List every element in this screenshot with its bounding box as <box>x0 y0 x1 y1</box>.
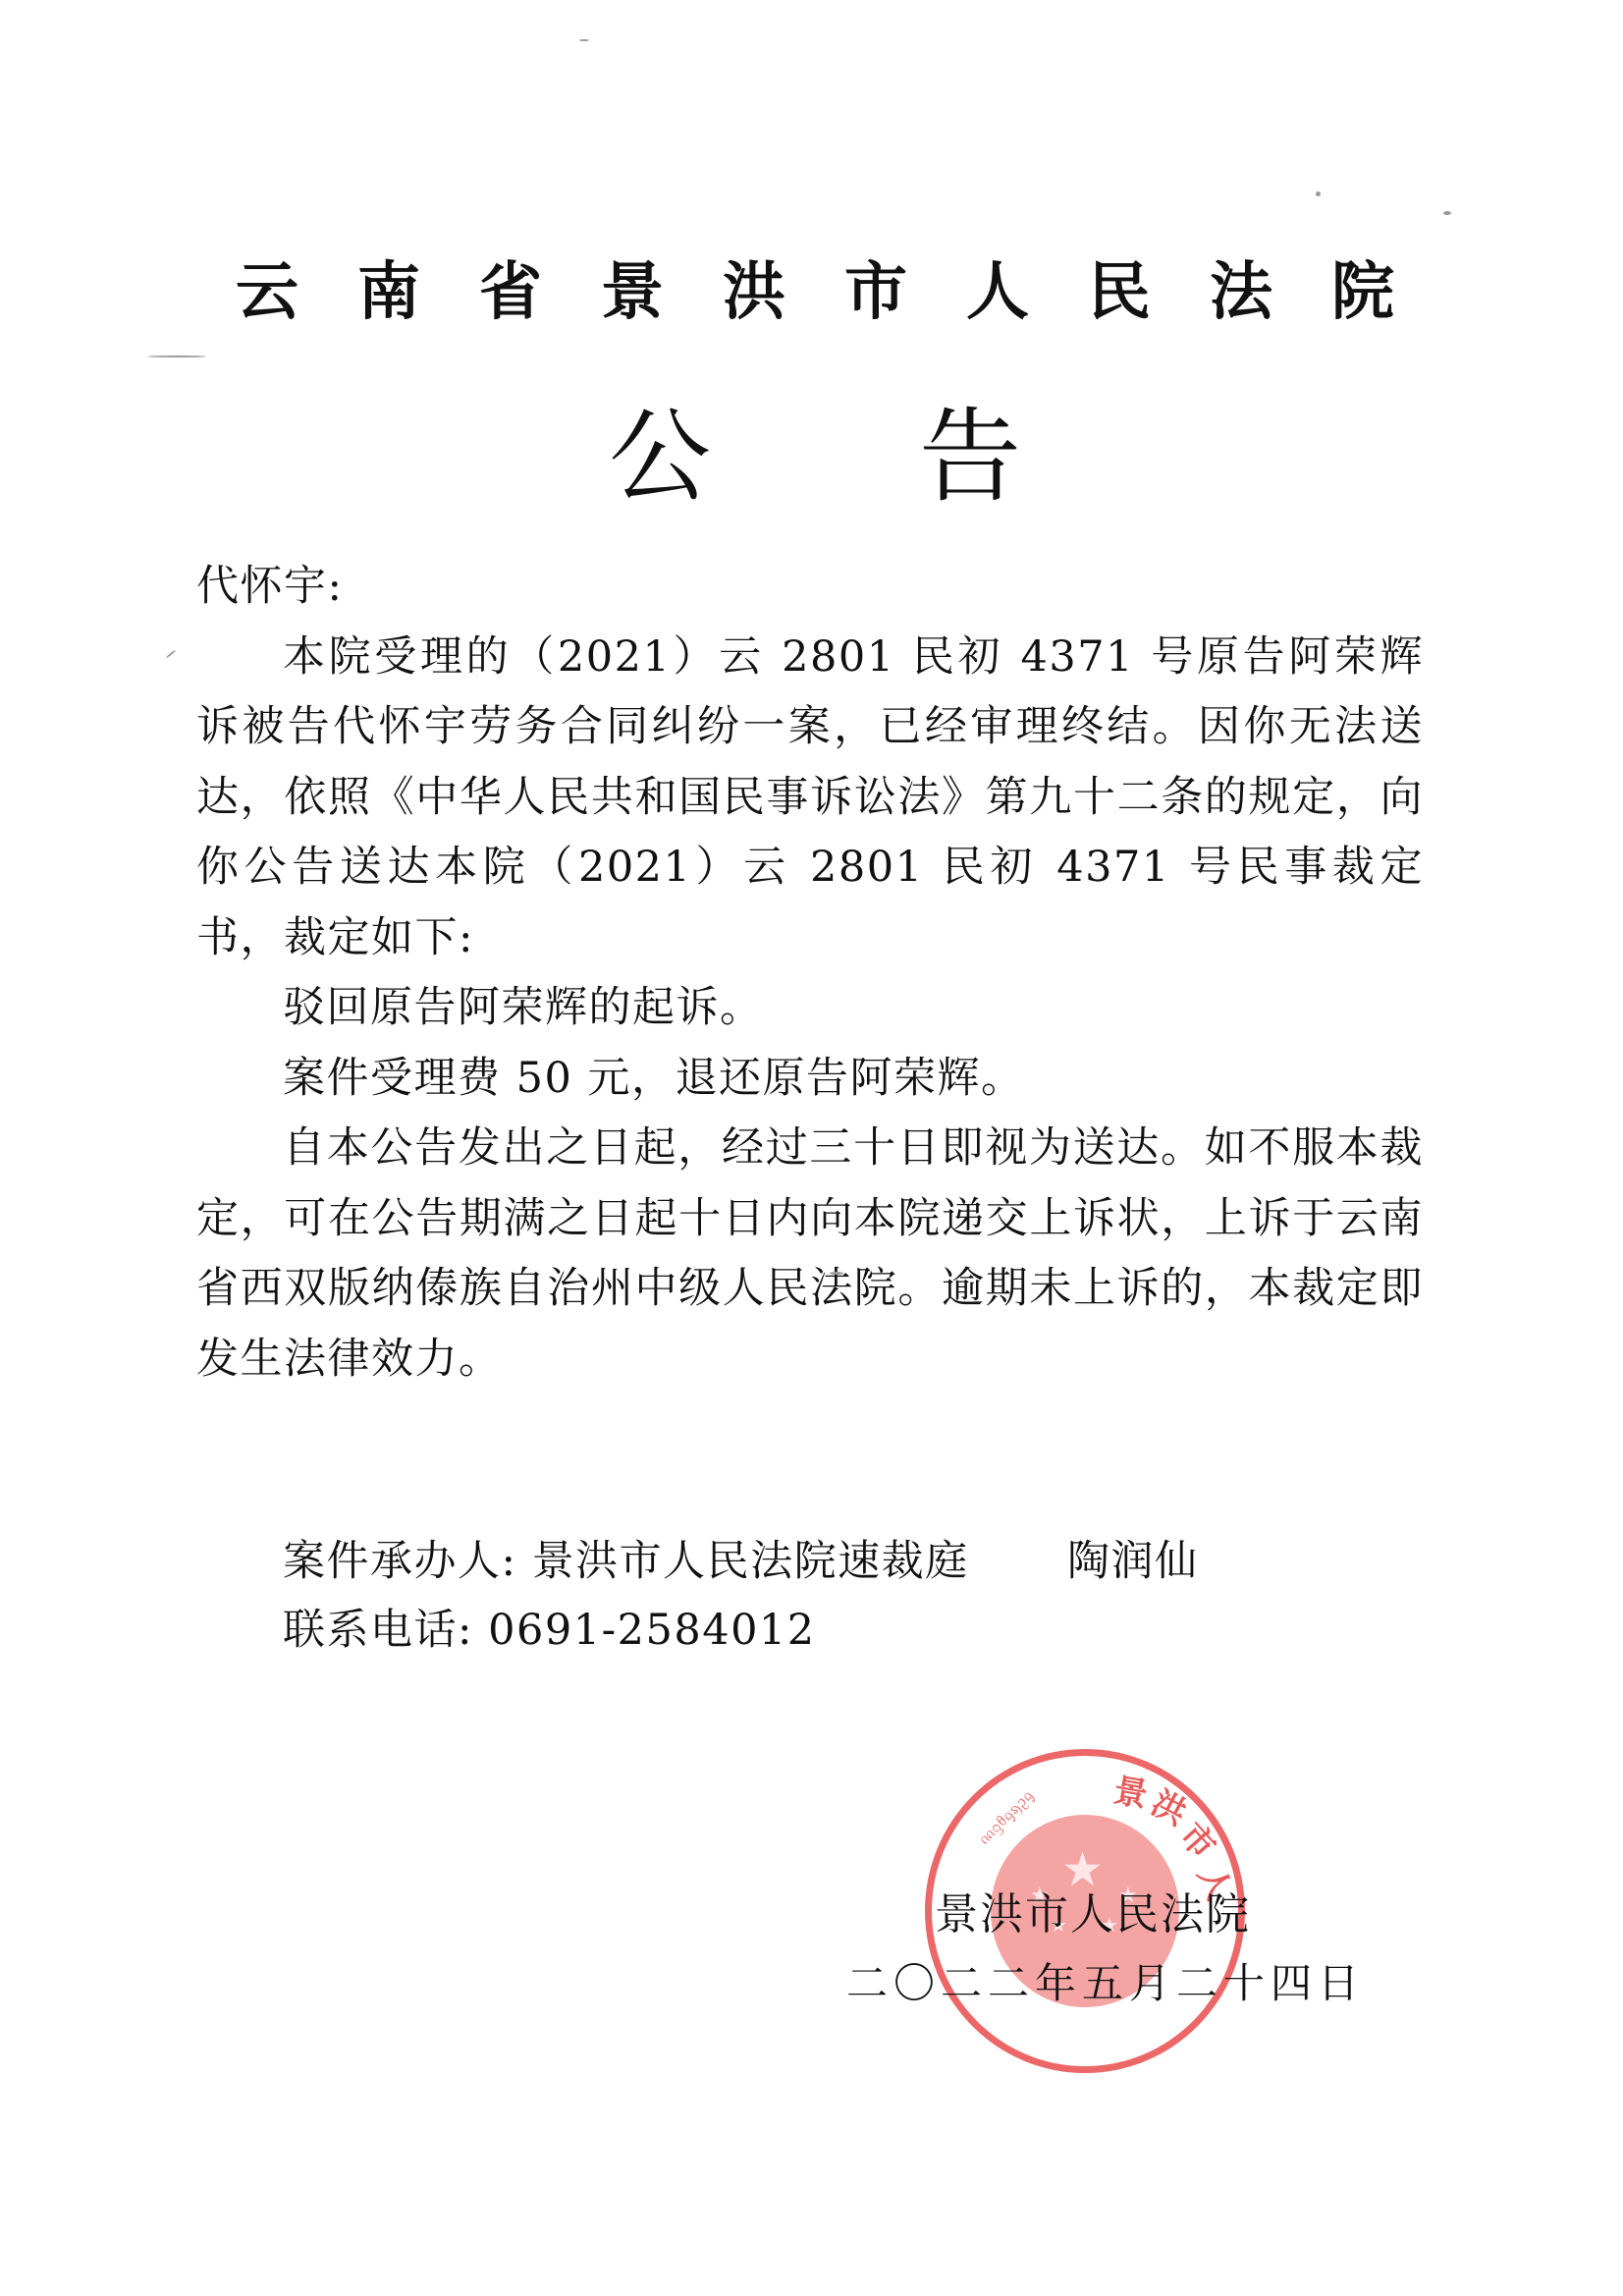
court-name-char: 省 <box>479 253 542 332</box>
phone-number: 0691-2584012 <box>488 1606 815 1655</box>
case-handler-row: 案件承办人: 景洪市人民法院速裁庭 陶润仙 <box>283 1527 1199 1596</box>
addressee: 代怀宇: <box>196 552 1424 623</box>
court-name-char: 洪 <box>723 253 785 332</box>
notice-title-char: 告 <box>919 398 1021 516</box>
scan-speck <box>1443 211 1451 215</box>
scan-speck <box>830 1272 843 1275</box>
court-name-char: 人 <box>966 253 1029 332</box>
court-name-char: 景 <box>601 253 664 332</box>
court-name-char: 院 <box>1331 253 1394 332</box>
court-name-char: 民 <box>1088 253 1151 332</box>
handler-name: 陶润仙 <box>1067 1537 1199 1586</box>
phone-label: 联系电话: <box>283 1606 473 1655</box>
court-name-char: 市 <box>844 253 907 332</box>
paragraph-fee: 案件受理费 50 元，退还原告阿荣辉。 <box>196 1044 1424 1115</box>
scan-speck <box>1316 191 1321 196</box>
contact-block: 案件承办人: 景洪市人民法院速裁庭 陶润仙 联系电话: 0691-2584012 <box>283 1527 1199 1665</box>
document-page: 云 南 省 景 洪 市 人 民 法 院 公 告 代怀宇: 本院受理的（2021）… <box>0 0 1623 2296</box>
court-name-char: 法 <box>1210 253 1272 332</box>
scan-speck <box>579 39 589 41</box>
paragraph-case-summary: 本院受理的（2021）云 2801 民初 4371 号原告阿荣辉诉被告代怀宇劳务… <box>196 623 1424 974</box>
handler-label: 案件承办人: <box>283 1537 517 1586</box>
court-name-char: 南 <box>357 253 420 332</box>
phone-row: 联系电话: 0691-2584012 <box>283 1596 1199 1665</box>
notice-title-char: 公 <box>609 398 711 516</box>
signature-court: 景洪市人民法院 <box>935 1886 1251 1944</box>
scan-speck <box>166 649 176 658</box>
paragraph-ruling: 驳回原告阿荣辉的起诉。 <box>196 973 1424 1044</box>
seal-text-char: 景 <box>1110 1763 1152 1816</box>
notice-body: 代怀宇: 本院受理的（2021）云 2801 民初 4371 号原告阿荣辉诉被告… <box>196 552 1424 1394</box>
handler-dept: 景洪市人民法院速裁庭 <box>532 1537 969 1586</box>
paragraph-appeal: 自本公告发出之日起，经过三十日即视为送达。如不服本裁定，可在公告期满之日起十日内… <box>196 1114 1424 1394</box>
scan-speck <box>147 355 206 357</box>
signature-date: 二〇二二年五月二十四日 <box>846 1954 1365 2013</box>
court-name-heading: 云 南 省 景 洪 市 人 民 法 院 <box>236 253 1394 332</box>
notice-title: 公 告 <box>609 398 1021 516</box>
court-name-char: 云 <box>236 253 298 332</box>
